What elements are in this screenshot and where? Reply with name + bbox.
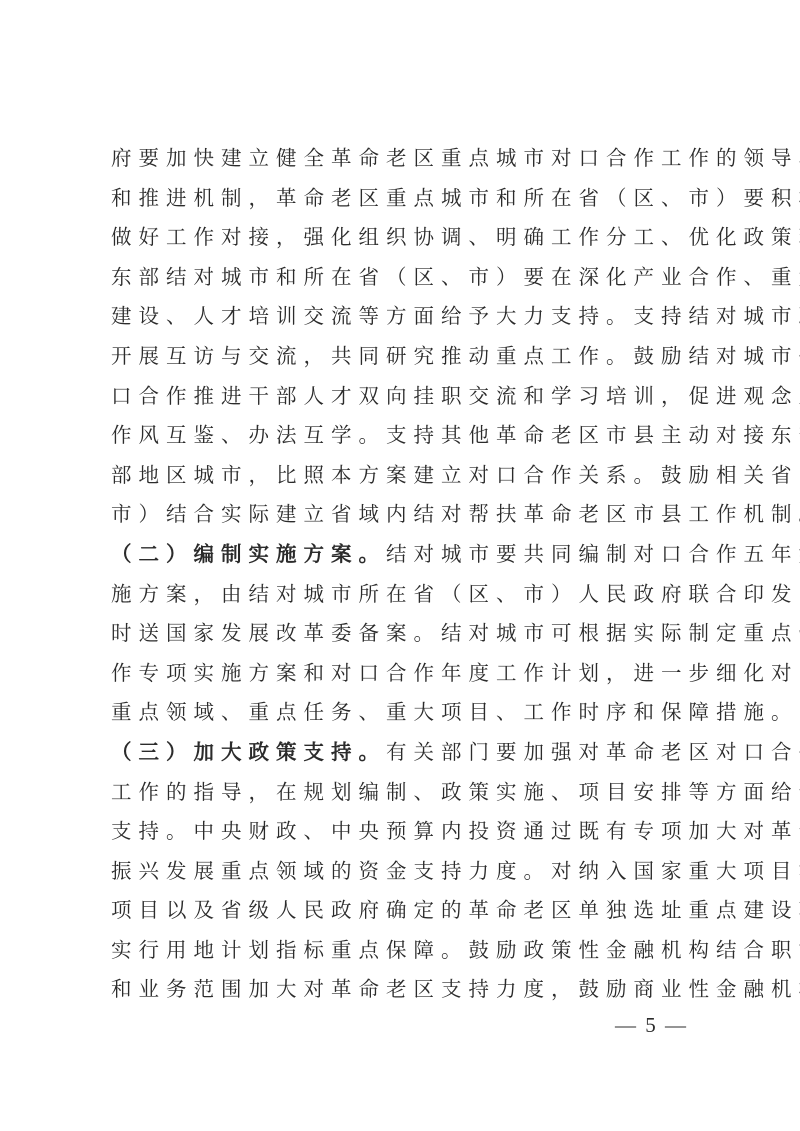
text-line: 府要加快建立健全革命老区重点城市对口合作工作的领导、协调 — [111, 139, 691, 179]
text-line: 振兴发展重点领域的资金支持力度。对纳入国家重大项目清单的 — [111, 852, 691, 892]
text-line: 工作的指导，在规划编制、政策实施、项目安排等方面给予倾斜 — [111, 773, 691, 813]
document-page: 府要加快建立健全革命老区重点城市对口合作工作的领导、协调 和推进机制，革命老区重… — [0, 0, 800, 1131]
text-line: 做好工作对接，强化组织协调、明确工作分工、优化政策环境， — [111, 218, 691, 258]
text-line: 口合作推进干部人才双向挂职交流和学习培训，促进观念互通、 — [111, 377, 691, 417]
text-run: 结对城市要共同编制对口合作五年实 — [386, 542, 800, 566]
section-heading: （三）加大政策支持。 — [111, 740, 386, 764]
text-line: 和推进机制，革命老区重点城市和所在省（区、市）要积极主动 — [111, 179, 691, 219]
text-line: 和业务范围加大对革命老区支持力度，鼓励商业性金融机构通过 — [111, 970, 691, 1010]
text-line: 施方案，由结对城市所在省（区、市）人民政府联合印发，并及 — [111, 575, 691, 615]
body-text: 府要加快建立健全革命老区重点城市对口合作工作的领导、协调 和推进机制，革命老区重… — [111, 139, 691, 1010]
section-heading-line: （二）编制实施方案。结对城市要共同编制对口合作五年实 — [111, 535, 691, 575]
section-heading: （二）编制实施方案。 — [111, 542, 386, 566]
text-line: 作专项实施方案和对口合作年度工作计划，进一步细化对口合作 — [111, 654, 691, 694]
text-line: 建设、人才培训交流等方面给予大力支持。支持结对城市政府间 — [111, 297, 691, 337]
text-line: 作风互鉴、办法互学。支持其他革命老区市县主动对接东部、中 — [111, 416, 691, 456]
text-line: 支持。中央财政、中央预算内投资通过既有专项加大对革命老区 — [111, 812, 691, 852]
text-line: 实行用地计划指标重点保障。鼓励政策性金融机构结合职能定位 — [111, 931, 691, 971]
text-line: 市）结合实际建立省域内结对帮扶革命老区市县工作机制。 — [111, 495, 691, 535]
text-line: 时送国家发展改革委备案。结对城市可根据实际制定重点领域合 — [111, 614, 691, 654]
page-number: — 5 — — [615, 1013, 688, 1038]
text-run: 有关部门要加强对革命老区对口合作 — [386, 740, 800, 764]
text-line: 项目以及省级人民政府确定的革命老区单独选址重点建设项目， — [111, 891, 691, 931]
text-line: 部地区城市，比照本方案建立对口合作关系。鼓励相关省（区、 — [111, 456, 691, 496]
text-line: 开展互访与交流，共同研究推动重点工作。鼓励结对城市依托对 — [111, 337, 691, 377]
section-heading-line: （三）加大政策支持。有关部门要加强对革命老区对口合作 — [111, 733, 691, 773]
text-line: 重点领域、重点任务、重大项目、工作时序和保障措施。 — [111, 693, 691, 733]
text-line: 东部结对城市和所在省（区、市）要在深化产业合作、重大项目 — [111, 258, 691, 298]
